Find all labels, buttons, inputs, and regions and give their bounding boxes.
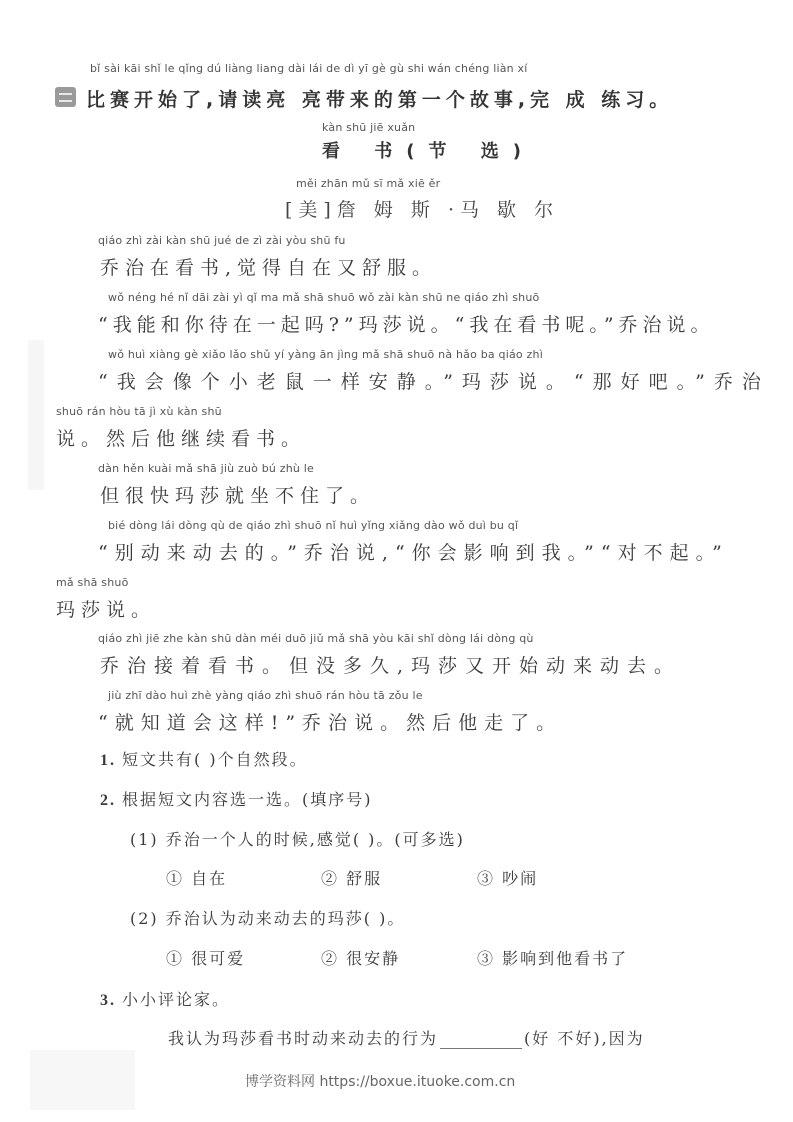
question-text: 短文共有( )个自然段。 xyxy=(122,750,308,769)
option: ② 很安静 xyxy=(321,946,400,969)
line-pinyin: wǒ huì xiàng gè xiǎo lǎo shǔ yí yàng ān … xyxy=(108,348,543,361)
story-author: [美]詹 姆 斯 ·马 歇 尔 xyxy=(285,195,559,222)
line-pinyin: jiù zhī dào huì zhè yàng qiáo zhì shuō r… xyxy=(108,689,423,702)
title-pinyin: kàn shū jiē xuǎn xyxy=(322,121,415,134)
footer-watermark: 博学资料网 https://boxue.ituoke.com.cn xyxy=(245,1071,515,1091)
story-line: “我能和你待在一起吗?”玛莎说。“我在看书呢。”乔治说。 xyxy=(98,310,715,337)
line-pinyin: qiáo zhì zài kàn shū jué de zì zài yòu s… xyxy=(98,234,346,247)
story-line: 乔治在看书,觉得自在又舒服。 xyxy=(100,253,437,280)
story-line: 玛莎说。 xyxy=(56,595,156,622)
question-2: 2.根据短文内容选一选。(填序号) xyxy=(100,787,373,810)
question-text: 小小评论家。 xyxy=(122,990,230,1009)
story-line: “别动来动去的。”乔治说,“你会影响到我。”“对不起。” xyxy=(98,538,729,565)
scan-shading xyxy=(28,340,44,490)
option: ① 很可爱 xyxy=(166,946,245,969)
question-3-answer: 我认为玛莎看书时动来动去的行为(好 不好),因为 xyxy=(168,1026,645,1049)
story-line: 说。然后他继续看书。 xyxy=(56,424,306,451)
option: ① 自在 xyxy=(166,866,227,889)
line-pinyin: bié dòng lái dòng qù de qiáo zhì shuō nǐ… xyxy=(108,519,518,532)
line-pinyin: mǎ shā shuō xyxy=(56,576,129,589)
story-line: 但很快玛莎就坐不住了。 xyxy=(100,481,375,508)
scan-shading xyxy=(30,1050,135,1110)
author-pinyin: měi zhān mǔ sī mǎ xiē ěr xyxy=(296,177,440,190)
story-title: 看 书(节 选) xyxy=(322,137,535,163)
section-heading: 比赛开始了,请读亮 亮带来的第一个故事,完 成 练习。 xyxy=(86,85,673,112)
story-line: “我会像个小老鼠一样安静。”玛莎说。“那好吧。”乔治 xyxy=(98,367,770,394)
story-line: 乔治接着看书。但没多久,玛莎又开始动来动去。 xyxy=(100,651,681,678)
question-number: 1. xyxy=(100,752,116,769)
question-number: 2. xyxy=(100,792,116,809)
answer-prefix: 我认为玛莎看书时动来动去的行为 xyxy=(168,1029,438,1048)
section-pinyin: bǐ sài kāi shǐ le qǐng dú liàng liang dà… xyxy=(90,62,528,75)
option: ③ 影响到他看书了 xyxy=(477,946,628,969)
question-3: 3.小小评论家。 xyxy=(100,987,230,1010)
question-text: 根据短文内容选一选。(填序号) xyxy=(122,790,373,809)
question-2-1: (1) 乔治一个人的时候,感觉( )。(可多选) xyxy=(130,827,465,850)
section-two-icon xyxy=(55,87,76,107)
answer-blank[interactable] xyxy=(440,1032,522,1049)
option: ② 舒服 xyxy=(321,866,382,889)
question-number: 3. xyxy=(100,992,116,1009)
line-pinyin: shuō rán hòu tā jì xù kàn shū xyxy=(56,405,222,418)
line-pinyin: wǒ néng hé nǐ dāi zài yì qǐ ma mǎ shā sh… xyxy=(108,291,539,304)
line-pinyin: dàn hěn kuài mǎ shā jiù zuò bú zhù le xyxy=(98,462,314,475)
line-pinyin: qiáo zhì jiē zhe kàn shū dàn méi duō jiǔ… xyxy=(98,632,534,645)
story-line: “就知道会这样!”乔治说。然后他走了。 xyxy=(98,708,562,735)
question-1: 1.短文共有( )个自然段。 xyxy=(100,747,308,770)
question-2-2: (2) 乔治认为动来动去的玛莎( )。 xyxy=(130,906,405,929)
answer-suffix: (好 不好),因为 xyxy=(524,1029,645,1048)
option: ③ 吵闹 xyxy=(477,866,538,889)
